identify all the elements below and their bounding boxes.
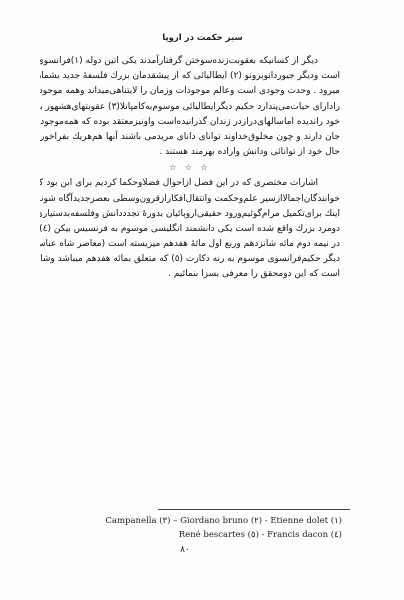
text-line: در نیمه دوم مائه شانزدهم وربع اول مائهٔ …: [40, 237, 340, 252]
text-line: است ودیگر جیوردانوبرونو (۲) ایطالیائی که…: [40, 69, 340, 84]
text-line: است که این دومحقق را معرفی بسزا بنمائیم …: [40, 267, 340, 282]
body-text: دیگر از کسانیکه بعقوبت‌زنده‌سوختن گرفتار…: [40, 54, 340, 283]
footnote-line: René bescartes (٥) - Francis dacon (٤): [80, 528, 342, 542]
text-line: خوانندگان‌اجمالاازسیر علم‌وحکمت وانتقال‌…: [40, 192, 340, 207]
text-line: جان دارند و چون مخلوق‌خداوند توانای دانا…: [40, 130, 340, 145]
footnote-line: Campanella (۳) – Giordano bruno (۲) - Et…: [80, 514, 342, 528]
footnotes: Campanella (۳) – Giordano bruno (۲) - Et…: [80, 514, 342, 542]
book-page: سیر حکمت در اروپا دیگر از کسانیکه بعقوبت…: [0, 0, 404, 600]
text-line: خود راندیده اماسالهای‌درازدر زندان گذران…: [40, 115, 340, 130]
text-line: اشارات مختصری که در این فصل ازاحوال فضلا…: [40, 176, 340, 191]
text-line: اینك برای‌تکمیل مرام‌گوئیم‌ورود حقیقی‌ار…: [40, 207, 340, 222]
text-line: رادارای حیات‌می‌پندارد حکیم دیگرایطالیائ…: [40, 100, 340, 115]
text-line: دیگر از کسانیکه بعقوبت‌زنده‌سوختن گرفتار…: [40, 54, 340, 69]
section-separator: ☆ ☆ ☆: [40, 160, 340, 176]
footnote-divider: [158, 509, 350, 510]
text-line: میرود . وحدت وجودی است وعالم موجودات وزم…: [40, 84, 340, 99]
running-head: سیر حکمت در اروپا: [140, 33, 265, 43]
text-line: حال خود از توانائی ودانش واراده بهرمند ه…: [40, 145, 340, 160]
page-number: ۸۰: [170, 545, 200, 555]
text-line: دیگر حکیم‌فرانسوی موسوم به رنه دکارت (٥)…: [40, 252, 340, 267]
text-line: دومرد بزرك واقع شده است یکی دانشمند انگل…: [40, 222, 340, 237]
